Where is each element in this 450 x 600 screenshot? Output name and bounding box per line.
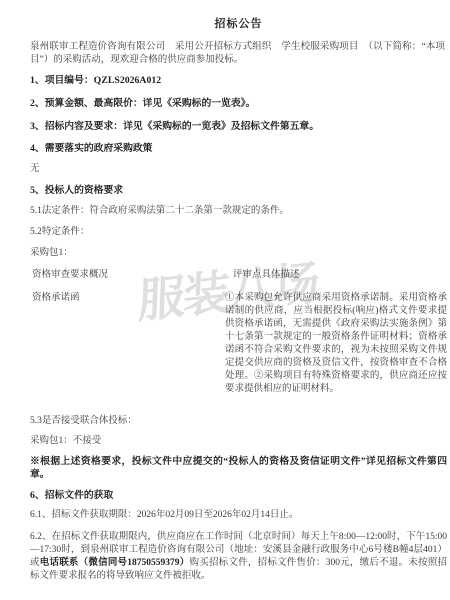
qualification-table-header: 资格审查要求概况 评审点具体描述: [30, 269, 447, 282]
page-title: 招标公告: [30, 15, 447, 31]
qualification-description-cell: ①本采购包允许供应商采用资格承诺制。采用资格承诺制的供应商，应当根据投标(响应)…: [225, 292, 447, 396]
item-bidder-qualifications: 5、投标人的资格要求: [30, 184, 447, 197]
item-government-policy-value: 无: [30, 163, 447, 176]
item-government-policy: 4、需要落实的政府采购政策: [30, 142, 447, 155]
item-acquisition-details: 6.2、在招标文件获取期限内，供应商应在工作时间（北京时间）每天上午8:00—1…: [30, 531, 447, 583]
item-consortium-bidding-value: 采购包1：不接受: [30, 435, 447, 448]
qualification-table: 资格审查要求概况 评审点具体描述 资格承诺函 ①本采购包允许供应商采用资格承诺制…: [30, 269, 447, 396]
item-acquisition-period: 6.1、招标文件获取期限：2026年02月09日至2026年02月14日止。: [30, 509, 447, 522]
item-specific-conditions: 5.2特定条件：: [30, 226, 447, 239]
tender-announcement-document: 招标公告 泉州联审工程造价咨询有限公司 采用公开招标方式组织 学生校服采购项目 …: [0, 0, 450, 600]
item-tender-content: 3、招标内容及要求：详见《采购标的一览表》及招标文件第五章。: [30, 120, 447, 133]
item-consortium-bidding: 5.3是否接受联合体投标：: [30, 415, 447, 428]
package1-label: 采购包1：: [30, 247, 447, 260]
note-qualification-documents: ※根据上述资格要求，投标文件中应提交的“投标人的资格及资信证明文件”详见招标文件…: [30, 455, 447, 481]
item-document-acquisition: 6、招标文件的获取: [30, 489, 447, 502]
item-legal-conditions: 5.1法定条件：符合政府采购法第二十二条第一款规定的条件。: [30, 205, 447, 218]
qualification-requirement-cell: 资格承诺函: [30, 292, 225, 305]
table-row: 资格承诺函 ①本采购包允许供应商采用资格承诺制。采用资格承诺制的供应商，应当根据…: [30, 292, 447, 396]
item-budget-max-price: 2、预算金额、最高限价：详见《采购标的一览表》。: [30, 97, 447, 110]
qualification-col1-header: 资格审查要求概况: [30, 269, 225, 282]
intro-paragraph: 泉州联审工程造价咨询有限公司 采用公开招标方式组织 学生校服采购项目 （以下简称…: [30, 41, 447, 67]
item-project-number: 1、项目编号：QZLS2026A012: [30, 74, 447, 87]
phone-contact-text: 电话联系（微信同号18750559379）: [40, 558, 190, 568]
qualification-col2-header: 评审点具体描述: [225, 269, 447, 282]
